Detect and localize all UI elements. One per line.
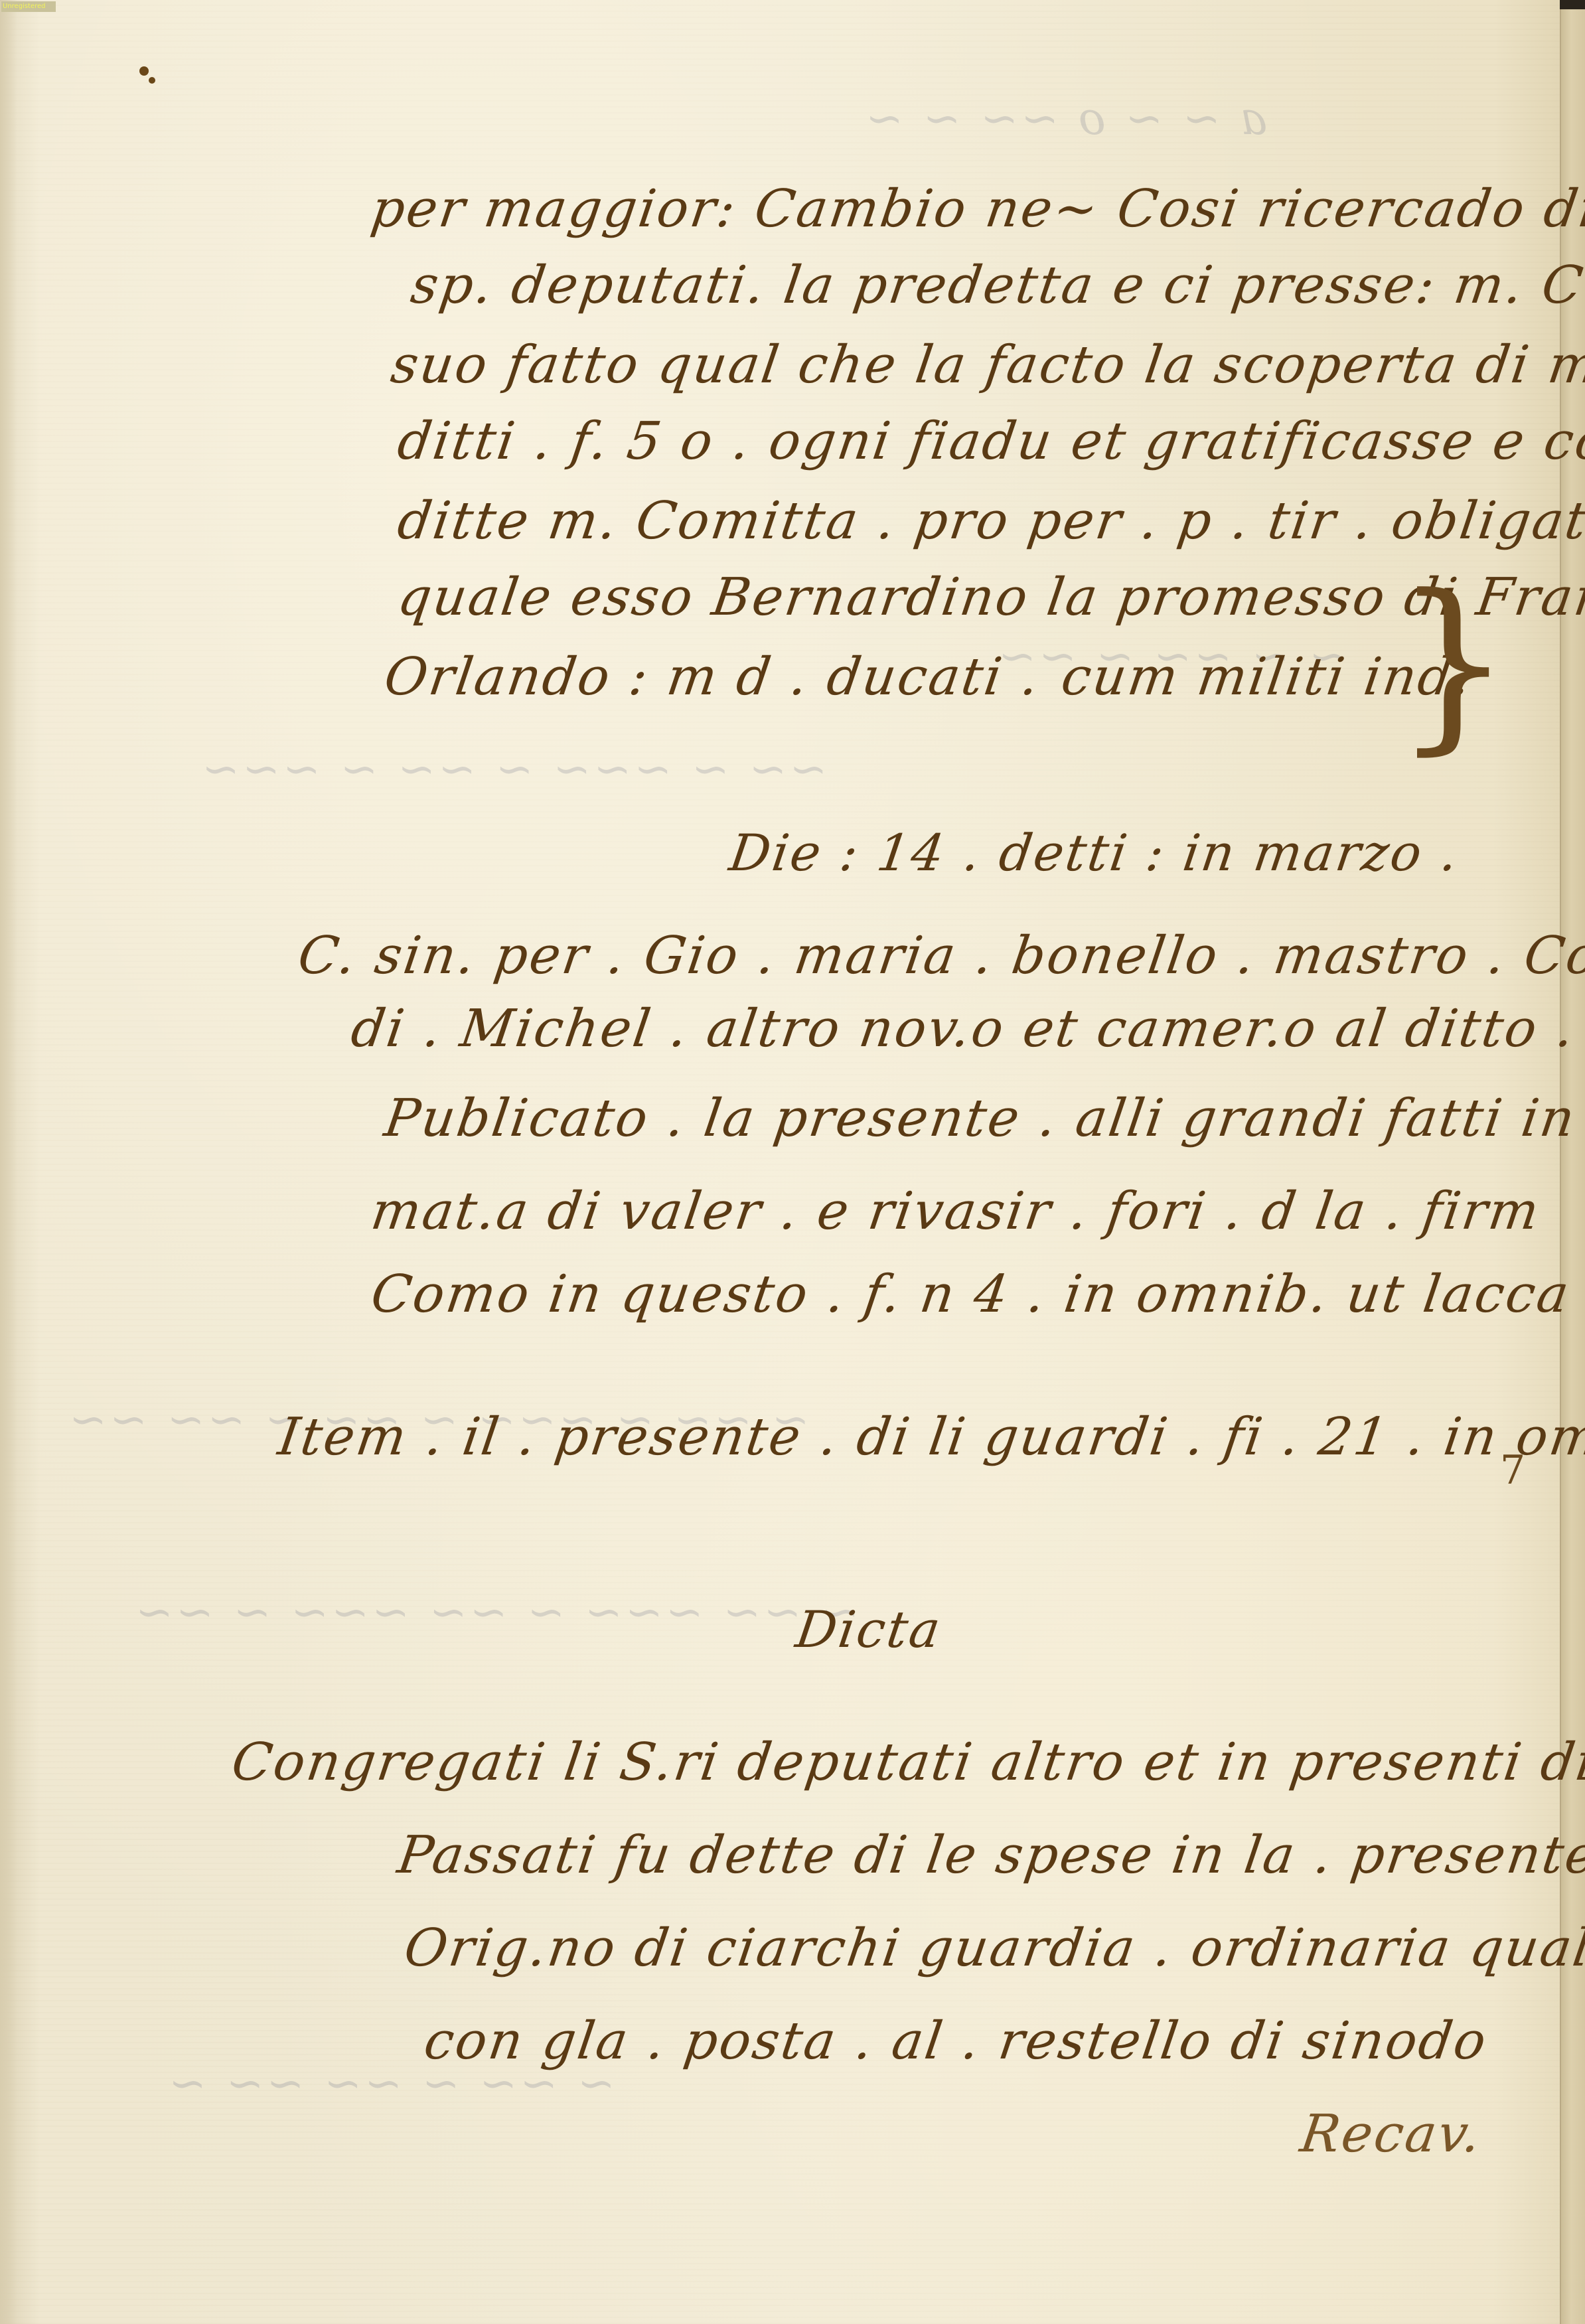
entry-4-line-1: Congregati li S.ri deputati altro et in … — [228, 1733, 1585, 1792]
entry-2-line-4: mat.a di valer . e rivasir . fori . d la… — [368, 1182, 1545, 1241]
entry-2-line-5: Como in questo . f. n 4 . in omnib. ut l… — [368, 1265, 1585, 1324]
entry-4-heading: Dicta — [793, 1600, 946, 1659]
entry-2-line-2: di . Michel . altro nov.o et camer.o al … — [348, 999, 1585, 1059]
entry-4-line-4: con gla . posta . al . restello di sinod… — [421, 2011, 1491, 2071]
entry-2-line-3: Publicato . la presente . alli grandi fa… — [381, 1089, 1580, 1148]
signature-recav: Recav. — [1297, 2104, 1486, 2164]
ink-blot — [149, 77, 155, 84]
entry-4-line-2: Passati fu dette di le spese in la . pre… — [394, 1825, 1585, 1885]
bleed-through-text: a ~ ~ o ~~ ~ ~ — [863, 93, 1267, 145]
entry-1-line-4: ditti . f. 5 o . ogni fiadu et gratifica… — [394, 412, 1585, 471]
entry-1-line-2: sp. deputati. la predetta e ci presse: m… — [408, 256, 1585, 315]
entry-2-line-1: C. sin. per . Gio . maria . bonello . ma… — [295, 926, 1585, 986]
line-end-flourish: 7 — [1500, 1447, 1525, 1494]
page-left-torn-edge — [0, 0, 17, 2324]
book-shadow — [1560, 0, 1585, 9]
ink-blot — [139, 66, 149, 76]
entry-1-line-7: Orlando : m d . ducati . — [381, 647, 1045, 707]
entry-2-heading: Die : 14 . detti : in marzo . — [726, 823, 1464, 882]
watermark-label: Unregistered — [1, 1, 56, 12]
entry-4-line-3: Orig.no di ciarchi guardia . ordinaria q… — [401, 1918, 1585, 1978]
bleed-through-text: ~ ~~ ~~~ ~ ~~ ~~~ ~ ~~ — [133, 1587, 859, 1639]
entry-1-line-5: ditte m. Comitta . pro per . p . tir . o… — [394, 491, 1585, 551]
bleed-through-text: ~~ ~ ~~~ ~ ~~ ~ ~~~ — [199, 743, 827, 796]
entry-1-line-3: suo fatto qual che la facto la scoperta … — [388, 335, 1585, 395]
entry-1-line-1: per maggior: Cambio ne~ Cosi ricercado d… — [368, 179, 1585, 239]
entry-3-line-1: Item . il . presente . di li guardi . fi… — [275, 1407, 1585, 1467]
closing-brace: } — [1394, 571, 1512, 757]
